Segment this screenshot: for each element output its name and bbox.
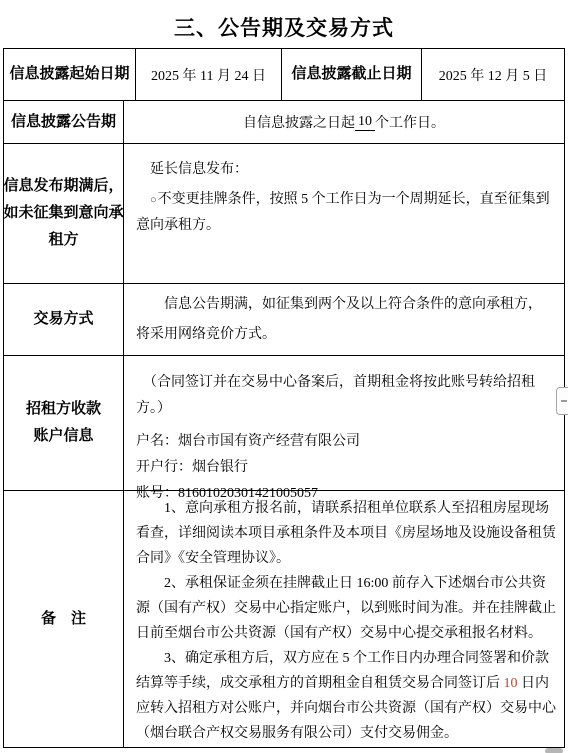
payment-account-label-line1: 招租方收款 (26, 396, 101, 423)
remark-item-1: 1、意向承租方报名前，请联系招租单位联系人至招租房屋现场看查，详细阅读本项目承租… (136, 496, 556, 571)
circle-bullet-icon: ○ (150, 194, 157, 206)
row-disclosure-dates: 信息披露起始日期 2025 年 11 月 24 日 信息披露截止日期 2025 … (4, 49, 564, 101)
payment-account-value: （合同签订并在交易中心备案后，首期租金将按此账号转给招租方。） 户名：烟台市国有… (124, 356, 564, 490)
disclosure-start-label: 信息披露起始日期 (4, 49, 136, 100)
remarks-value: 1、意向承租方报名前，请联系招租单位联系人至招租房屋现场看查，详细阅读本项目承租… (124, 491, 564, 747)
row-transaction-method: 交易方式 信息公告期满，如征集到两个及以上符合条件的意向承租方，将采用网络竞价方… (4, 284, 564, 356)
announcement-period-label-text: 信息披露公告期 (11, 109, 116, 136)
extension-label-line2: 如未征集到意向承 (4, 200, 124, 227)
announcement-period-prefix: 自信息披露之日起 (243, 112, 355, 132)
account-bank: 开户行：烟台银行 (136, 455, 558, 481)
floating-widget-button[interactable] (556, 387, 568, 415)
row-payment-account: 招租方收款 账户信息 （合同签订并在交易中心备案后，首期租金将按此账号转给招租方… (4, 356, 564, 491)
payment-account-label: 招租方收款 账户信息 (4, 356, 124, 490)
account-holder-name: 户名：烟台市国有资产经营有限公司 (136, 429, 558, 455)
announcement-period-days: 10 (355, 114, 375, 131)
remark-item-3: 3、确定承租方后，双方应在 5 个工作日内办理合同签署和价款结算等手续，成交承租… (136, 646, 556, 746)
disclosure-end-label-text: 信息披露截止日期 (291, 61, 411, 88)
announcement-period-suffix: 个工作日。 (375, 112, 445, 132)
remarks-label: 备 注 (4, 491, 124, 747)
extension-label-line3: 租方 (48, 227, 78, 254)
remark3-prefix: 3、确定承租方后，双方应在 5 个工作日内办理合同签署和价款结算等手续，成交承租… (136, 651, 549, 691)
row-announcement-period: 信息披露公告期 自信息披露之日起10个工作日。 (4, 101, 564, 144)
extension-option: ○不变更挂牌条件，按照 5 个工作日为一个周期延长，直至征集到意向承租方。 (136, 187, 556, 239)
extension-option-text: 不变更挂牌条件，按照 5 个工作日为一个周期延长，直至征集到意向承租方。 (136, 192, 550, 233)
extension-policy-value: 延长信息发布： ○不变更挂牌条件，按照 5 个工作日为一个周期延长，直至征集到意… (124, 144, 564, 283)
disclosure-end-label: 信息披露截止日期 (282, 49, 422, 100)
bottom-right-artifact (545, 748, 563, 753)
disclosure-start-value: 2025 年 11 月 24 日 (136, 49, 282, 100)
announcement-table: 信息披露起始日期 2025 年 11 月 24 日 信息披露截止日期 2025 … (3, 48, 565, 748)
page-title: 三、公告期及交易方式 (0, 0, 568, 42)
remark-item-2: 2、承租保证金须在挂牌截止日 16:00 前存入下述烟台市公共资源（国有产权）交… (136, 571, 556, 646)
account-note: （合同签订并在交易中心备案后，首期租金将按此账号转给招租方。） (136, 370, 558, 422)
transaction-method-text: 信息公告期满，如征集到两个及以上符合条件的意向承租方，将采用网络竞价方式。 (124, 290, 564, 350)
row-remarks: 备 注 1、意向承租方报名前，请联系招租单位联系人至招租房屋现场看查，详细阅读本… (4, 491, 564, 747)
announcement-period-value: 自信息披露之日起10个工作日。 (124, 101, 564, 143)
announcement-period-label: 信息披露公告期 (4, 101, 124, 143)
transaction-method-label: 交易方式 (4, 284, 124, 355)
transaction-method-value: 信息公告期满，如征集到两个及以上符合条件的意向承租方，将采用网络竞价方式。 (124, 284, 564, 355)
disclosure-start-label-text: 信息披露起始日期 (9, 61, 129, 88)
extension-policy-label: 信息发布期满后， 如未征集到意向承 租方 (4, 144, 124, 283)
extension-label-line1: 信息发布期满后， (4, 173, 124, 200)
disclosure-end-value: 2025 年 12 月 5 日 (422, 49, 564, 100)
remarks-label-text: 备 注 (41, 606, 86, 633)
row-extension-policy: 信息发布期满后， 如未征集到意向承 租方 延长信息发布： ○不变更挂牌条件，按照… (4, 144, 564, 284)
payment-account-label-line2: 账户信息 (33, 423, 93, 450)
extension-heading: 延长信息发布： (136, 157, 556, 183)
transaction-method-label-text: 交易方式 (33, 306, 93, 333)
remark3-days-highlight: 10 (504, 676, 518, 691)
floating-widget-dash-icon (561, 400, 567, 402)
